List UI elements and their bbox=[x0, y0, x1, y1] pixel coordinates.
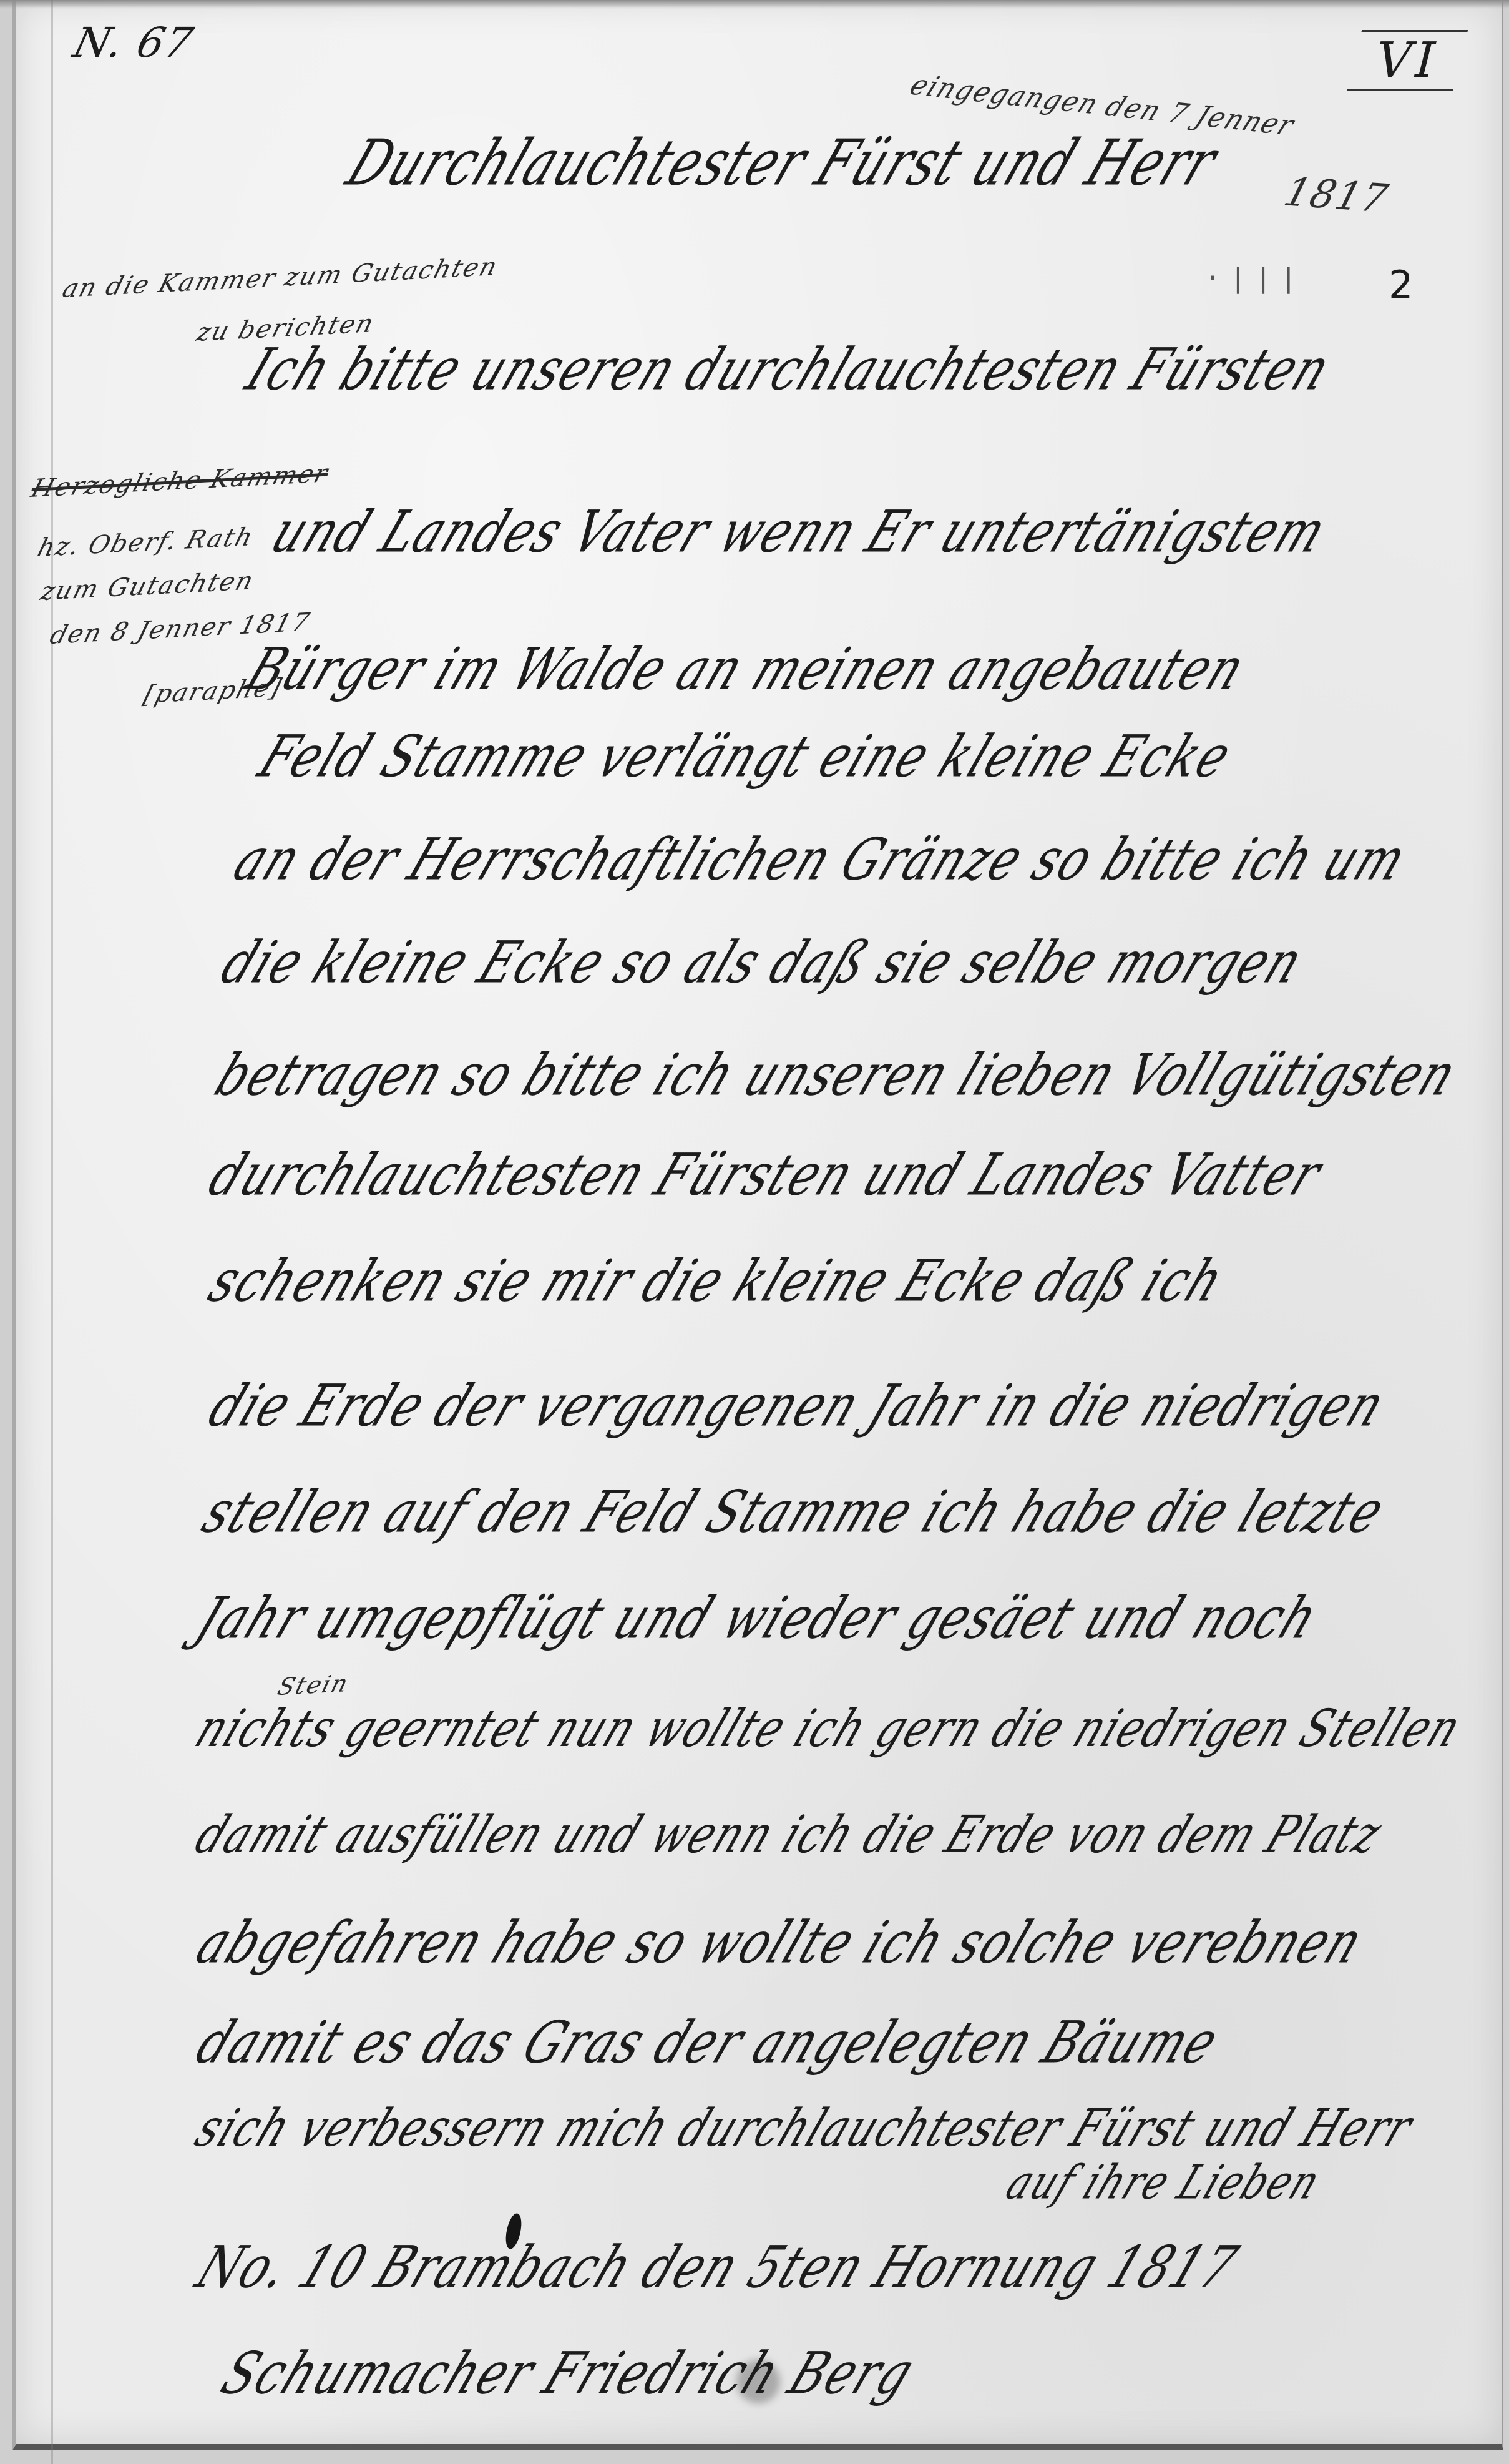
signature: Schumacher Friedrich Berg bbox=[212, 2340, 924, 2408]
closing-place-date: No. 10 Brambach den 5ten Hornung 1817 bbox=[187, 2234, 1248, 2302]
scan-edge-shadow bbox=[0, 0, 1509, 9]
archive-number: N. 67 bbox=[69, 19, 199, 67]
salutation: Durchlauchtester Fürst und Herr bbox=[337, 127, 1228, 200]
body-line-9: schenken sie mir die kleine Ecke daß ich bbox=[200, 1248, 1234, 1315]
body-line-1: Ich bitte unseren durchlauchtesten Fürst… bbox=[237, 336, 1341, 404]
body-line-15: abgefahren habe so wollte ich solche ver… bbox=[187, 1910, 1374, 1977]
continuation-text: auf ihre Lieben bbox=[999, 2156, 1329, 2211]
body-line-6: die kleine Ecke so als daß sie selbe mor… bbox=[212, 930, 1313, 997]
body-line-12: Jahr umgepflügt und wieder gesäet und no… bbox=[187, 1585, 1328, 1652]
inserted-word: Stein bbox=[275, 1669, 352, 1701]
body-line-13: nichts geerntet nun wollte ich gern die … bbox=[187, 1699, 1471, 1759]
page-number: 2 bbox=[1389, 262, 1413, 308]
body-line-2: und Landes Vater wenn Er untertänigstem bbox=[262, 499, 1337, 566]
body-line-11: stellen auf den Feld Stamme ich habe die… bbox=[193, 1479, 1395, 1546]
body-line-17: sich verbessern mich durchlauchtester Fü… bbox=[187, 2098, 1422, 2158]
body-line-4: Feld Stamme verlängt eine kleine Ecke bbox=[250, 724, 1242, 791]
body-line-5: an der Herrschaftlichen Gränze so bitte … bbox=[225, 827, 1417, 894]
folio-number: VI bbox=[1347, 32, 1468, 89]
body-line-10: die Erde der vergangenen Jahr in die nie… bbox=[200, 1373, 1395, 1440]
body-line-3: Bürger im Walde an meinen angebauten bbox=[237, 636, 1255, 704]
body-line-8: durchlauchtesten Fürsten und Landes Vatt… bbox=[200, 1142, 1332, 1209]
received-year: 1817 bbox=[1279, 169, 1394, 221]
body-line-16: damit es das Gras der angelegten Bäume bbox=[187, 2010, 1229, 2077]
body-line-14: damit ausfüllen und wenn ich die Erde vo… bbox=[187, 1805, 1391, 1865]
folio-box: VI bbox=[1347, 30, 1468, 91]
tick-marks: ·||| bbox=[1204, 262, 1306, 294]
body-line-7: betragen so bitte ich unseren lieben Vol… bbox=[206, 1042, 1467, 1109]
binding-fold bbox=[51, 0, 53, 2464]
